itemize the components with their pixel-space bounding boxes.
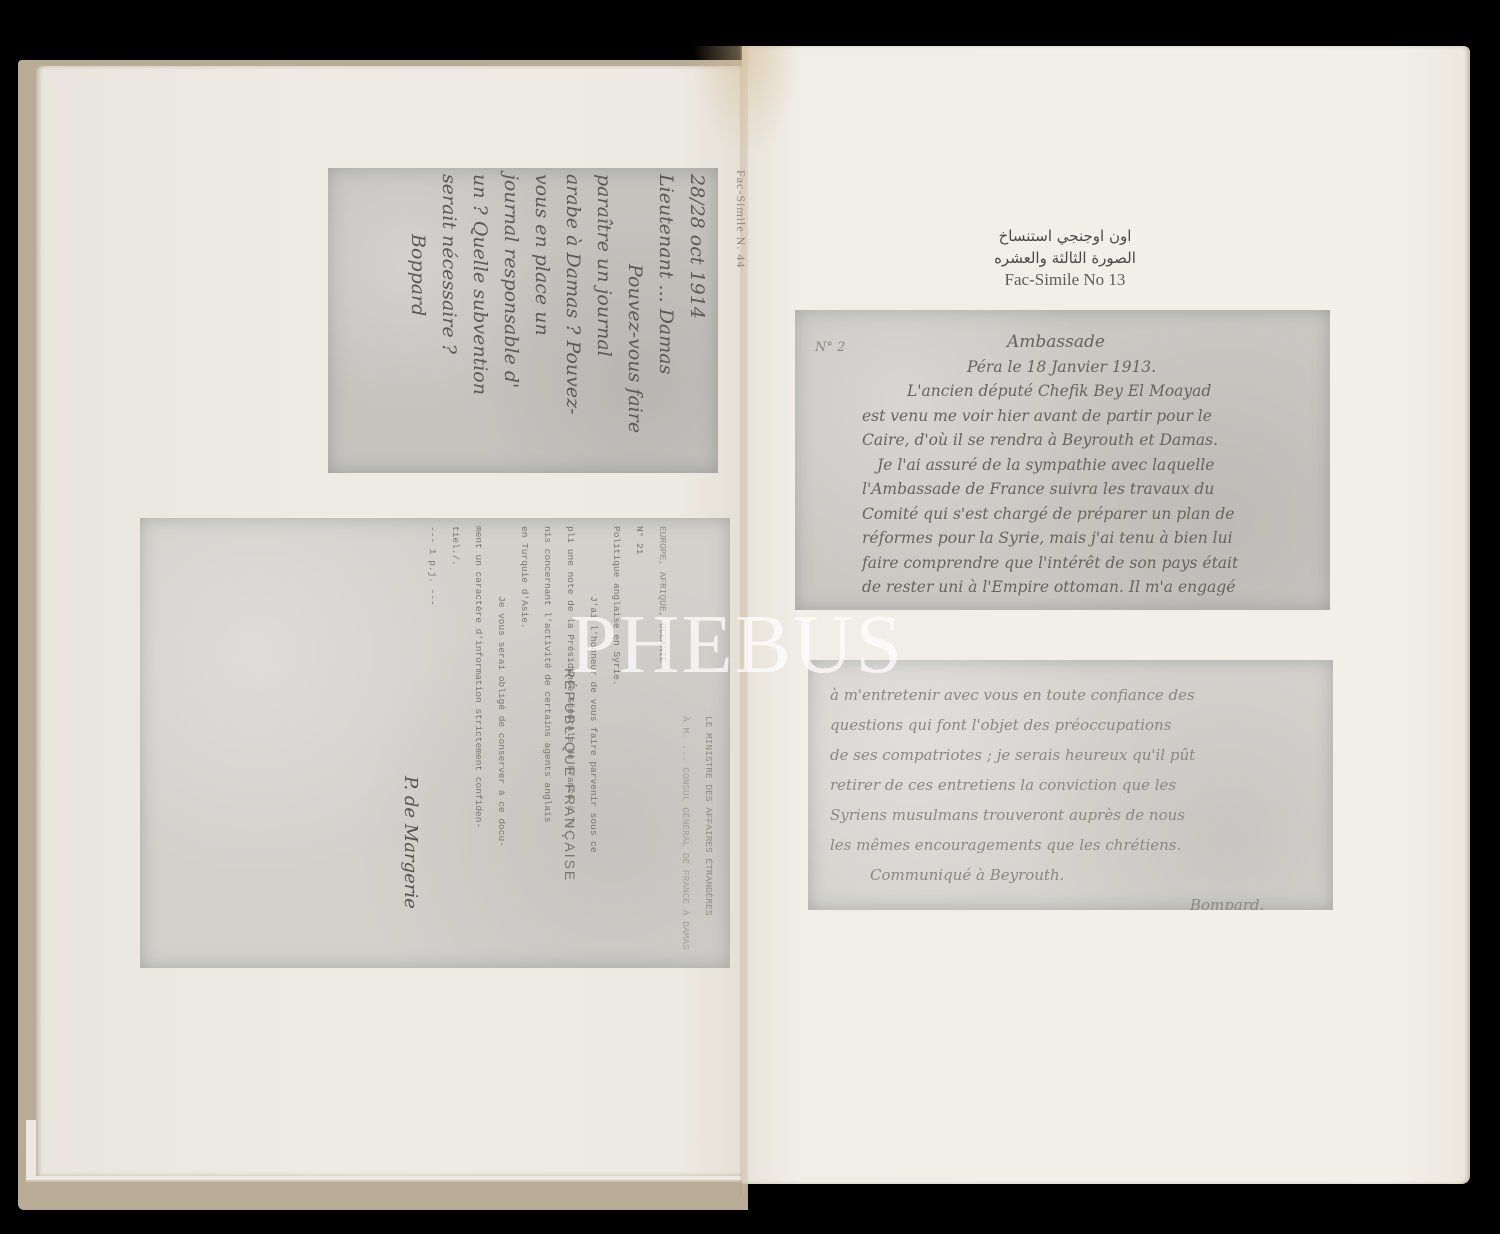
letter-number: N° 21: [628, 526, 651, 966]
letter-section: EUROPE, AFRIQUE, OCEANIE: [651, 526, 674, 966]
handwritten-note-plate: 28/28 oct 1914 Lieutenant ... Damas Pouv…: [328, 168, 718, 473]
ambassade-letter-plate-top: N° 2 Ambassade Péra le 18 Janvier 1913. …: [795, 310, 1330, 610]
note-line: paraître un journal: [588, 174, 619, 464]
water-stain: [692, 46, 802, 156]
caption-latin: Fac-Simile No 13: [940, 269, 1190, 291]
facsimile-caption: اون اوجنجي استنساخ الصورة الثالثة والعشر…: [940, 225, 1190, 291]
letter-line: faire comprendre que l'intérêt de son pa…: [817, 551, 1316, 576]
note-line: journal responsable d': [495, 174, 526, 464]
note-line: Lieutenant ... Damas: [650, 174, 681, 464]
letter-line: Syriens musulmans trouveront auprès de n…: [830, 800, 1319, 830]
letter-signature: Bompard.: [830, 890, 1319, 910]
letter-line: Péra le 18 Janvier 1913.: [817, 355, 1316, 380]
letter-line: Caire, d'où il se rendra à Beyrouth et D…: [817, 428, 1316, 453]
note-line: vous en place un: [526, 174, 557, 464]
letter-line: les mêmes encouragements que les chrétie…: [830, 830, 1319, 860]
letter-line: est venu me voir hier avant de partir po…: [817, 404, 1316, 429]
watermark: PHEBUS: [570, 600, 904, 690]
note-line: arabe à Damas ? Pouvez-: [557, 174, 588, 464]
letter-body-line: ment un caractère d'information strictem…: [467, 526, 490, 966]
letter-enclosure: --- 1 p.j. ---: [421, 526, 444, 966]
left-running-head: Fac-Simile N. 44: [733, 170, 748, 268]
caption-arabic-line2: الصورة الثالثة والعشره: [940, 247, 1190, 269]
letter-line: Communiqué à Beyrouth.: [830, 860, 1319, 890]
letter-line: réformes pour la Syrie, mais j'ai tenu à…: [817, 526, 1316, 551]
letter-body-line: nis concernant l'activité de certains ag…: [536, 526, 559, 966]
letter-subheader: À M. ... CONSUL GÉNÉRAL DE FRANCE À DAMA…: [674, 526, 697, 966]
letter-ministry: LE MINISTRE DES AFFAIRES ÉTRANGÈRES: [697, 526, 720, 966]
letter-header-republique: RÉPUBLIQUE FRANÇAISE: [562, 668, 578, 882]
letter-body-line: J'ai l'honneur de vous faire parvenir so…: [582, 526, 605, 966]
letter-ref: Politique anglaise en Syrie.: [605, 526, 628, 966]
letter-line: Je l'ai assuré de la sympathie avec laqu…: [817, 453, 1316, 478]
letter-line: Ambassade: [817, 330, 1316, 355]
note-line: Pouvez-vous faire: [619, 174, 650, 464]
letter-line: questions qui font l'objet des préoccupa…: [830, 710, 1319, 740]
letter-body-line: en Turquie d'Asie.: [513, 526, 536, 966]
letter-body-line: tiel./.: [444, 526, 467, 966]
caption-arabic-line1: اون اوجنجي استنساخ: [940, 225, 1190, 247]
note-signature: Boppard: [402, 174, 433, 464]
letter-line: de ses compatriotes ; je serais heureux …: [830, 740, 1319, 770]
letter-signature: P. de Margerie: [400, 526, 421, 966]
note-line: 28/28 oct 1914: [681, 174, 712, 464]
letter-line: retirer de ces entretiens la conviction …: [830, 770, 1319, 800]
note-line: un ? Quelle subvention: [464, 174, 495, 464]
letter-line: Comité qui s'est chargé de préparer un p…: [817, 502, 1316, 527]
letter-line: l'Ambassade de France suivra les travaux…: [817, 477, 1316, 502]
note-line: serait nécessaire ?: [433, 174, 464, 464]
letter-line: L'ancien député Chefik Bey El Moayad: [817, 379, 1316, 404]
typed-letter-plate: LE MINISTRE DES AFFAIRES ÉTRANGÈRES À M.…: [140, 518, 730, 968]
letter-line: de rester uni à l'Empire ottoman. Il m'a…: [817, 575, 1316, 600]
letter-body-line: Je vous serai obligé de conserver à ce d…: [490, 526, 513, 966]
ambassade-letter-plate-bottom: à m'entretenir avec vous en toute confia…: [808, 660, 1333, 910]
